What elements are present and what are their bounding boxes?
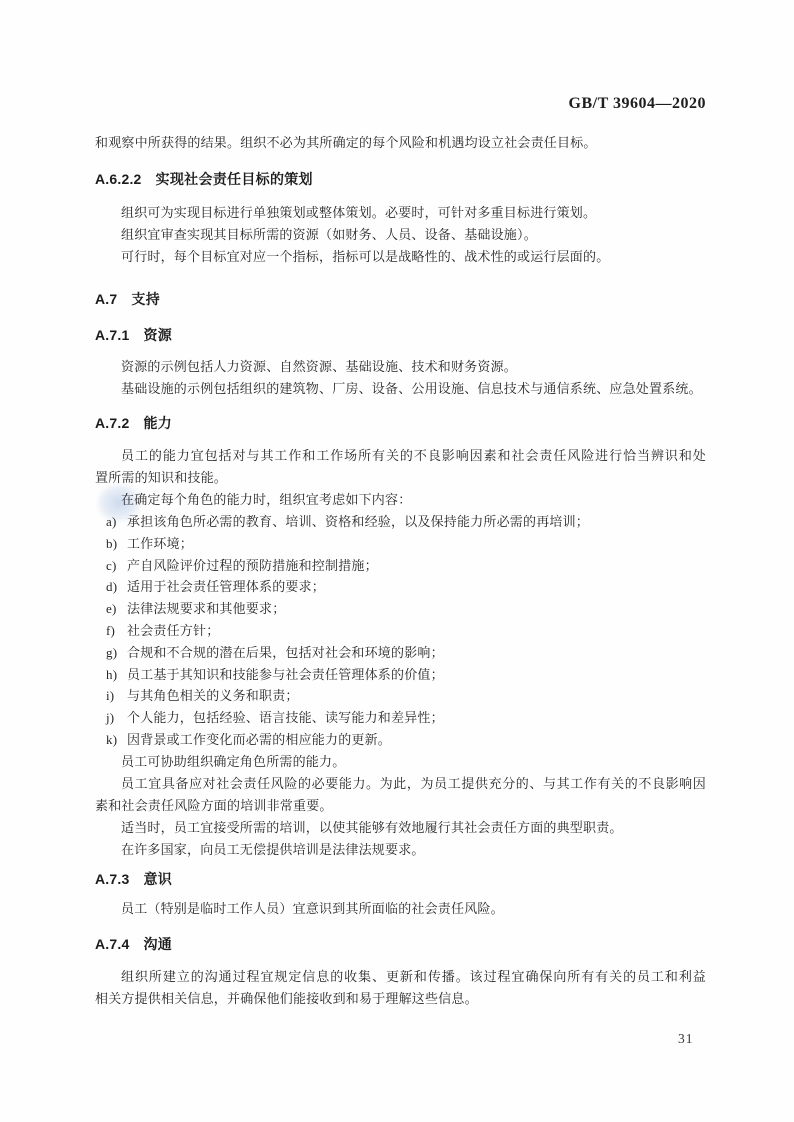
list-item: a)承担该角色所必需的教育、培训、资格和经验，以及保持能力所必需的再培训；	[95, 511, 706, 533]
page-content: GB/T 39604—2020 和观察中所获得的结果。组织不必为其所确定的每个风…	[95, 0, 706, 1122]
paragraph: 组织可为实现目标进行单独策划或整体策划。必要时，可针对多重目标进行策划。	[95, 202, 706, 224]
paragraph: 在确定每个角色的能力时，组织宜考虑如下内容：	[95, 489, 706, 511]
paragraph-continuation: 和观察中所获得的结果。组织不必为其所确定的每个风险和机遇均设立社会责任目标。	[95, 132, 706, 154]
paragraph: 员工（特别是临时工作人员）宜意识到其所面临的社会责任风险。	[95, 898, 706, 920]
paragraph-line: 素和社会责任风险方面的培训非常重要。	[95, 795, 706, 817]
list-item: g)合规和不合规的潜在后果，包括对社会和环境的影响；	[95, 642, 706, 664]
list-item-text: 法律法规要求和其他要求；	[127, 598, 706, 620]
paragraph: 资源的示例包括人力资源、自然资源、基础设施、技术和财务资源。	[95, 356, 706, 378]
list-item-text: 员工基于其知识和技能参与社会责任管理体系的价值；	[127, 664, 706, 686]
list-marker: a)	[106, 511, 127, 533]
section-heading-a71: A.7.1资源	[95, 325, 706, 345]
heading-number: A.7	[95, 291, 117, 307]
list-item-text: 承担该角色所必需的教育、培训、资格和经验，以及保持能力所必需的再培训；	[127, 511, 706, 533]
paragraph-line: 组织所建立的沟通过程宜规定信息的收集、更新和传播。该过程宜确保向所有有关的员工和…	[95, 966, 706, 988]
section-heading-a622: A.6.2.2实现社会责任目标的策划	[95, 169, 706, 189]
heading-title: 资源	[143, 327, 172, 343]
heading-title: 意识	[143, 871, 172, 887]
section-heading-a73: A.7.3意识	[95, 869, 706, 889]
list-item: j)个人能力，包括经验、语言技能、读写能力和差异性；	[95, 707, 706, 729]
list-marker: d)	[106, 576, 127, 598]
list-item-text: 与其角色相关的义务和职责；	[127, 685, 706, 707]
section-heading-a72: A.7.2能力	[95, 413, 706, 433]
list-item-text: 个人能力，包括经验、语言技能、读写能力和差异性；	[127, 707, 706, 729]
list-marker: j)	[106, 707, 127, 729]
list-item: i)与其角色相关的义务和职责；	[95, 685, 706, 707]
paragraph: 员工可协助组织确定角色所需的能力。	[95, 751, 706, 773]
heading-title: 能力	[143, 415, 172, 431]
list-item-text: 产自风险评价过程的预防措施和控制措施；	[127, 555, 706, 577]
list-marker: b)	[106, 533, 127, 555]
paragraph-line: 员工的能力宜包括对与其工作和工作场所有关的不良影响因素和社会责任风险进行恰当辨识…	[95, 445, 706, 467]
list-item: f)社会责任方针；	[95, 620, 706, 642]
heading-number: A.7.1	[95, 327, 129, 343]
standard-code-header: GB/T 39604—2020	[95, 94, 706, 114]
list-item-text: 因背景或工作变化而必需的相应能力的更新。	[127, 729, 706, 751]
heading-title: 实现社会责任目标的策划	[156, 171, 313, 187]
list-item: d)适用于社会责任管理体系的要求；	[95, 576, 706, 598]
list-item: k)因背景或工作变化而必需的相应能力的更新。	[95, 729, 706, 751]
list-marker: h)	[106, 664, 127, 686]
list-item-text: 社会责任方针；	[127, 620, 706, 642]
list-item: e)法律法规要求和其他要求；	[95, 598, 706, 620]
paragraph: 基础设施的示例包括组织的建筑物、厂房、设备、公用设施、信息技术与通信系统、应急处…	[95, 378, 706, 400]
list-marker: f)	[106, 620, 127, 642]
heading-number: A.7.4	[95, 936, 129, 952]
list-marker: k)	[106, 729, 127, 751]
list-item: c)产自风险评价过程的预防措施和控制措施；	[95, 555, 706, 577]
list-item-text: 工作环境；	[127, 533, 706, 555]
list-item: b)工作环境；	[95, 533, 706, 555]
list-marker: i)	[106, 685, 127, 707]
list-marker: g)	[106, 642, 127, 664]
paragraph: 组织宜审查实现其目标所需的资源（如财务、人员、设备、基础设施）。	[95, 224, 706, 246]
paragraph-line: 相关方提供相关信息，并确保他们能接收到和易于理解这些信息。	[95, 988, 706, 1010]
paragraph: 在许多国家，向员工无偿提供培训是法律法规要求。	[95, 839, 706, 861]
paragraph: 适当时，员工宜接受所需的培训，以使其能够有效地履行其社会责任方面的典型职责。	[95, 817, 706, 839]
page-number: 31	[678, 1031, 694, 1047]
paragraph-line: 置所需的知识和技能。	[95, 467, 706, 489]
heading-title: 沟通	[143, 936, 172, 952]
heading-number: A.7.2	[95, 415, 129, 431]
list-item-text: 适用于社会责任管理体系的要求；	[127, 576, 706, 598]
paragraph-line: 员工宜具备应对社会责任风险的必要能力。为此，为员工提供充分的、与其工作有关的不良…	[95, 773, 706, 795]
list-marker: c)	[106, 555, 127, 577]
heading-title: 支持	[131, 291, 160, 307]
heading-number: A.6.2.2	[95, 171, 142, 187]
section-heading-a74: A.7.4沟通	[95, 934, 706, 954]
heading-number: A.7.3	[95, 871, 129, 887]
list-marker: e)	[106, 598, 127, 620]
paragraph: 可行时，每个目标宜对应一个指标，指标可以是战略性的、战术性的或运行层面的。	[95, 246, 706, 268]
list-item-text: 合规和不合规的潜在后果，包括对社会和环境的影响；	[127, 642, 706, 664]
section-heading-a7: A.7支持	[95, 289, 706, 309]
list-item: h)员工基于其知识和技能参与社会责任管理体系的价值；	[95, 664, 706, 686]
document-page: GB/T 39604—2020 和观察中所获得的结果。组织不必为其所确定的每个风…	[0, 0, 794, 1122]
